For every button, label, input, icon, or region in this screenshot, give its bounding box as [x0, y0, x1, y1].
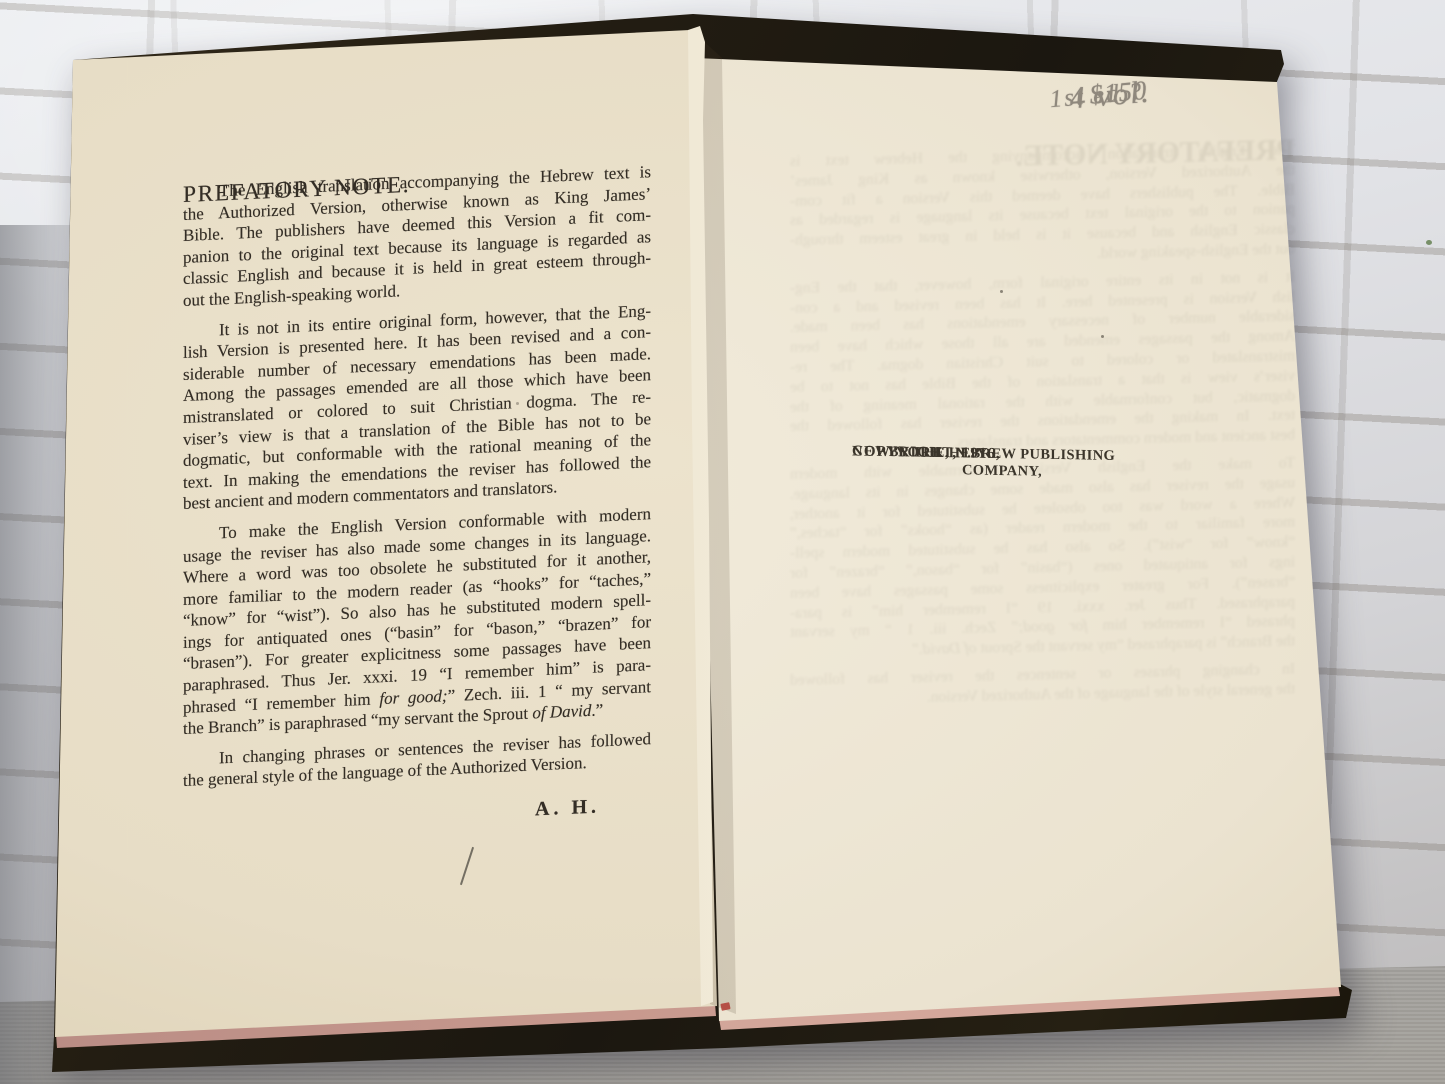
- paper-speck: [1000, 290, 1003, 293]
- copyright-line-city: NEW YORK, N. Y.: [852, 443, 993, 462]
- paper-speck: [516, 402, 519, 405]
- show-through-text: PREFATORY NOTE. The English translation …: [790, 146, 1295, 846]
- paragraph: To make the English Version conformable …: [183, 503, 651, 740]
- prefatory-note-text: PREFATORY NOTE. The English translation …: [183, 161, 651, 801]
- paragraph: It is not in its entire original form, h…: [183, 300, 651, 515]
- open-book: PREFATORY NOTE. The English translation …: [0, 0, 1445, 1084]
- author-initials: A. H.: [535, 796, 600, 820]
- show-through-heading: PREFATORY NOTE.: [1015, 140, 1295, 166]
- paper-speck: [1101, 335, 1104, 338]
- handwritten-note-price: $150: [1088, 76, 1148, 110]
- paragraph: In changing phrases or sentences the rev…: [183, 728, 651, 792]
- photo-open-book-scene: PREFATORY NOTE. The English translation …: [0, 0, 1445, 1084]
